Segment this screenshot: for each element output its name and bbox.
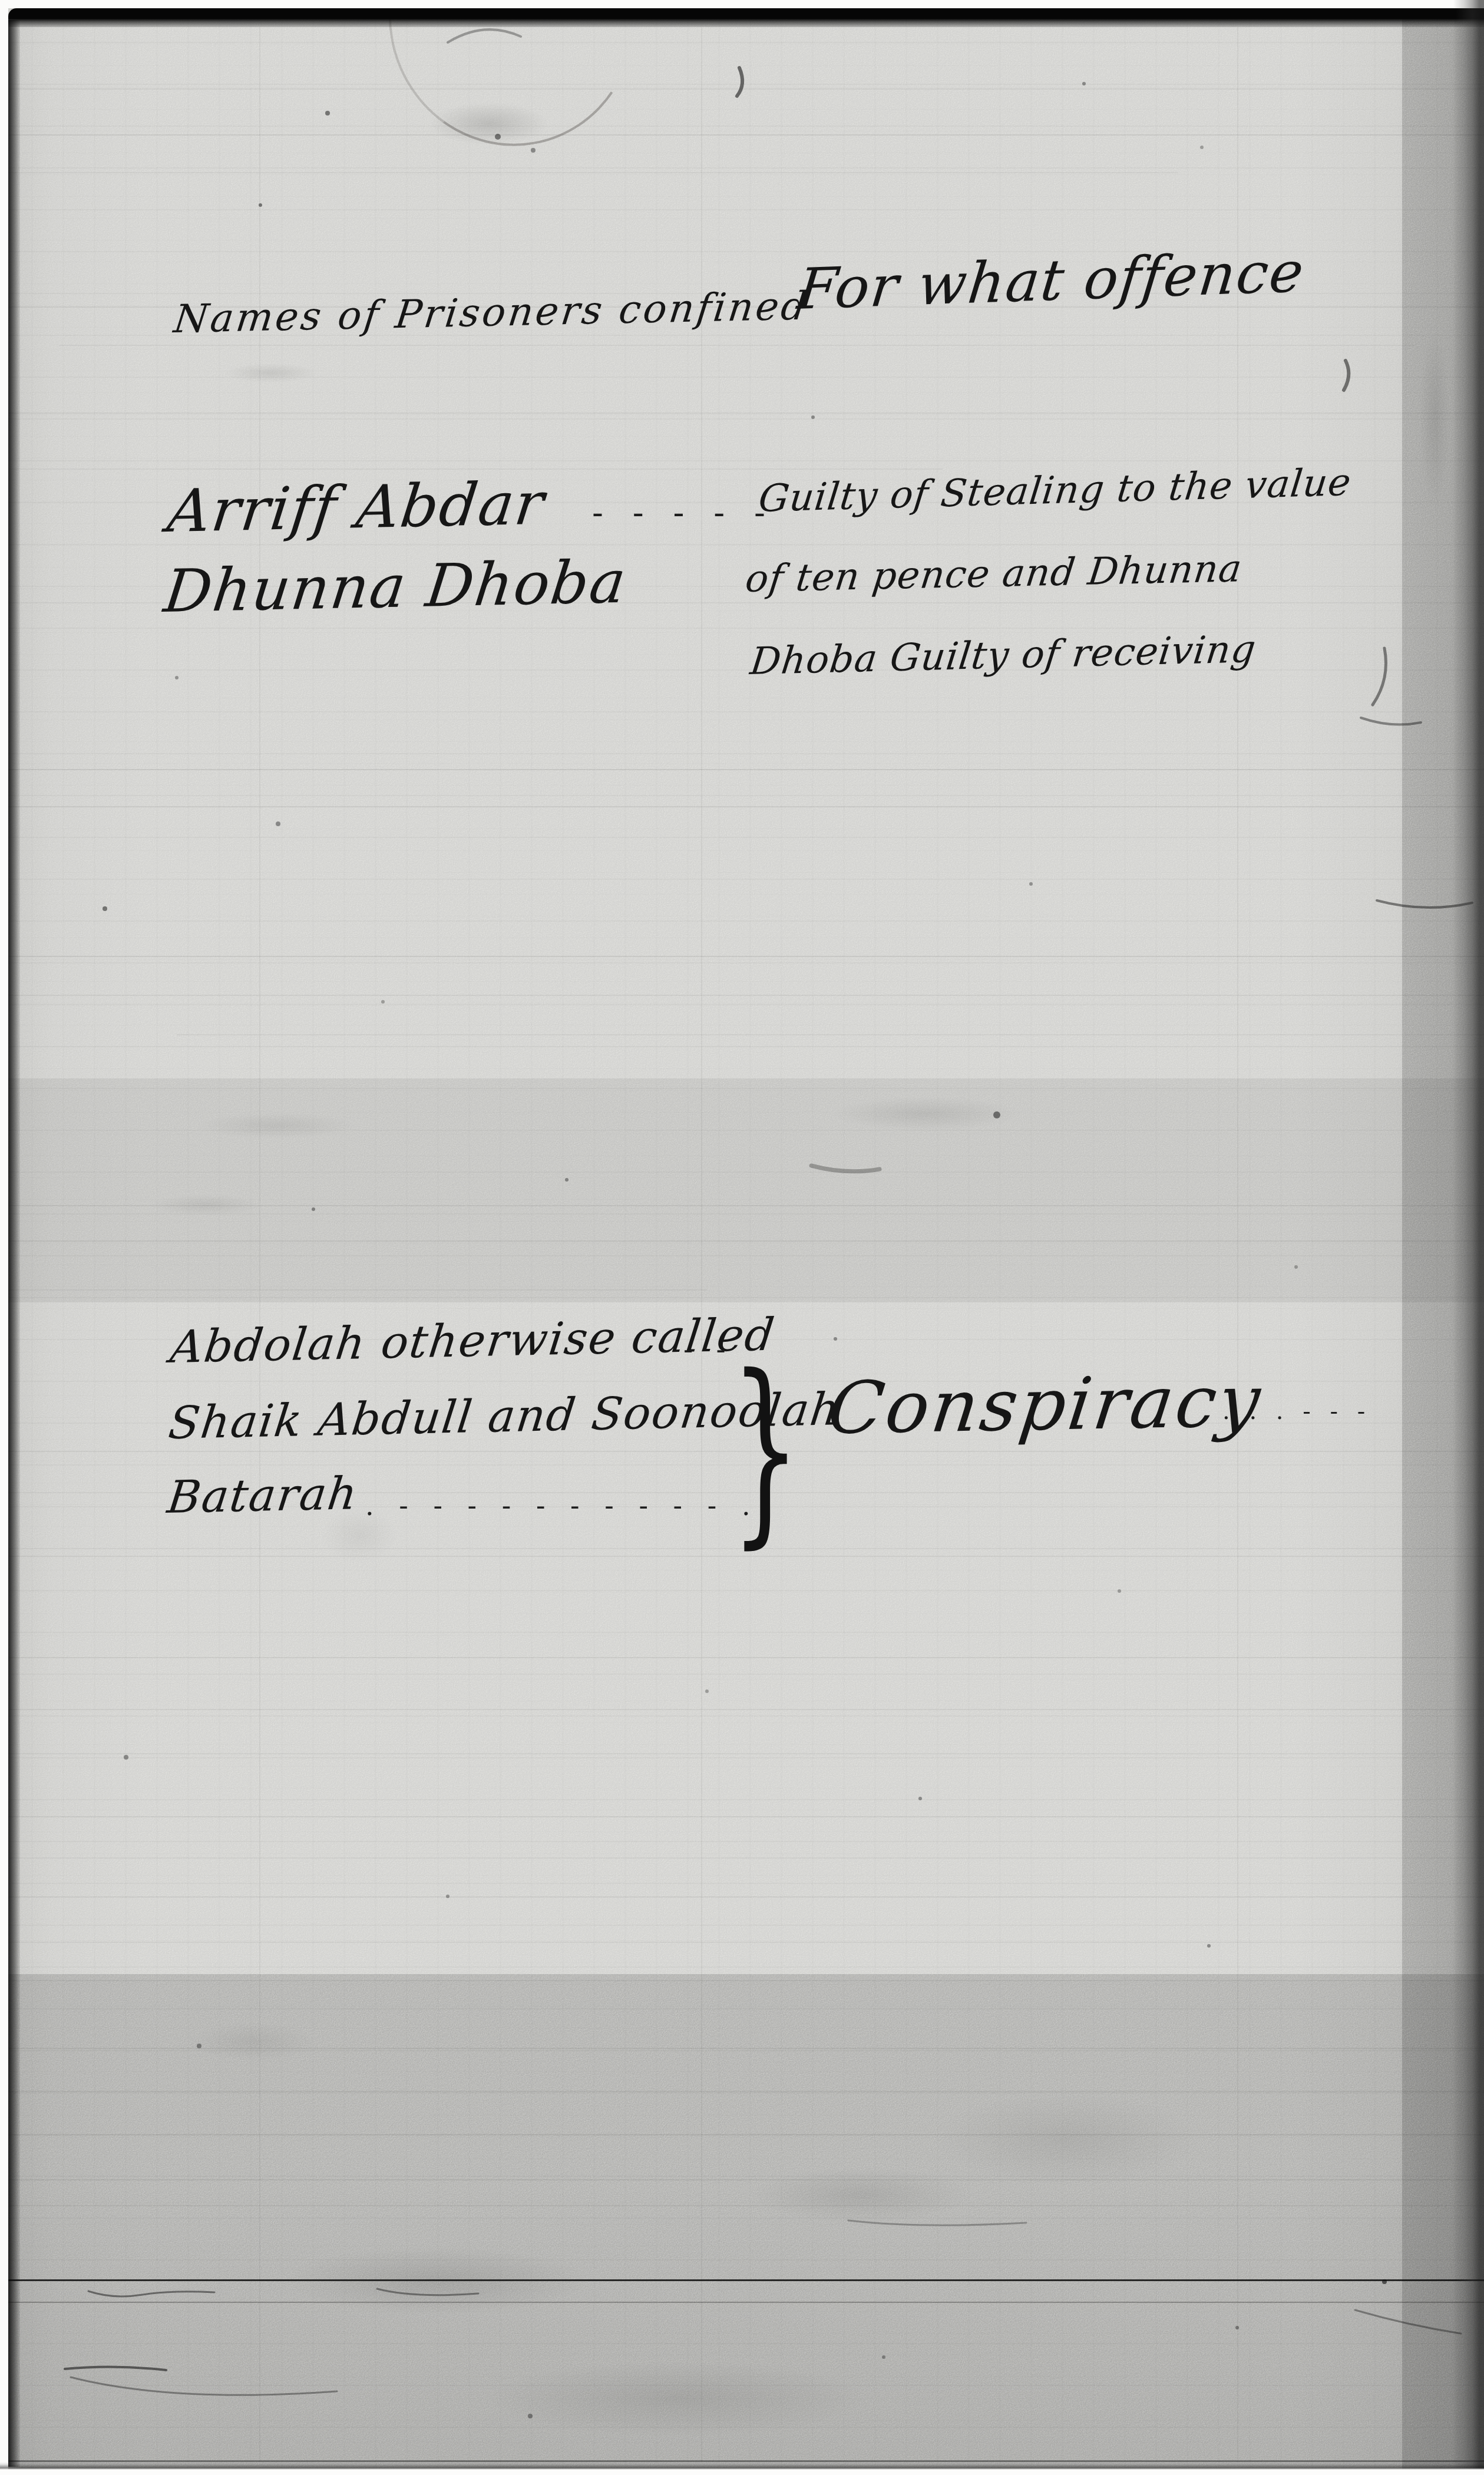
- scan-streak: [0, 1816, 1484, 1817]
- offence-text-line: Conspiracy: [824, 1361, 1267, 1448]
- scan-streak: [0, 1657, 1484, 1658]
- grouping-brace: }: [731, 1349, 801, 1550]
- scan-streak: [59, 345, 1414, 346]
- smudge: [884, 2074, 1249, 2204]
- smudge: [165, 1108, 389, 1143]
- scratch-line: [0, 2279, 1484, 2281]
- scan-margin-top: [0, 0, 1484, 8]
- scan-streak: [0, 2205, 1484, 2206]
- scanned-register-page: Names of Prisoners confined For what off…: [0, 0, 1484, 2475]
- scan-border-top: [8, 8, 1484, 27]
- smudge: [412, 2345, 943, 2451]
- scan-streak: [0, 1942, 1484, 1943]
- scan-streak: [0, 2048, 1484, 2049]
- smudge: [795, 1090, 1055, 1137]
- smudge: [224, 2233, 648, 2328]
- scan-streak: [0, 134, 1484, 136]
- scan-streak: [0, 468, 943, 470]
- ruled-dashes: . . . - - -: [1222, 1398, 1371, 1425]
- prisoner-name-line: Dhunna Dhoba: [161, 549, 630, 625]
- scan-streak: [0, 1896, 1484, 1897]
- smudge: [206, 359, 336, 387]
- scan-border-right: [1453, 0, 1484, 2475]
- prisoner-name-line: Arriff Abdar: [164, 471, 548, 544]
- scan-streak: [0, 1709, 1484, 1710]
- ruled-dashes: - -: [683, 1333, 733, 1366]
- noise-marks: [0, 0, 1484, 2475]
- scan-streak: [0, 769, 1484, 770]
- scan-border-left: [8, 20, 20, 2467]
- smudge: [707, 2157, 1013, 2233]
- scan-streak: [0, 2091, 1484, 2092]
- scan-streak: [0, 88, 1484, 90]
- scan-streak: [0, 806, 1484, 807]
- scan-streak: [0, 1753, 1484, 1754]
- scan-streak: [177, 1034, 1484, 1035]
- scan-streak: [0, 172, 1178, 173]
- scan-streak: [0, 1980, 1484, 1981]
- scan-streak: [0, 2179, 1484, 2180]
- scan-streak: [0, 995, 1484, 996]
- scan-streak: [0, 412, 1484, 414]
- smudge: [130, 1190, 283, 1220]
- smudge: [406, 94, 571, 153]
- ruled-dashes: - - - - -: [592, 494, 775, 532]
- scan-streak-vertical: [259, 27, 260, 2462]
- scan-streak: [0, 1205, 1484, 1206]
- scan-streak: [0, 2134, 1484, 2136]
- smudge: [165, 2015, 342, 2068]
- smudge: [1414, 295, 1455, 542]
- scan-border-bottom: [0, 2462, 1484, 2475]
- scan-streak: [0, 1857, 1484, 1859]
- scan-margin-left: [0, 0, 8, 2475]
- column-header-offence: For what offence: [795, 240, 1308, 321]
- offence-text-line: Guilty of Stealing to the value: [756, 462, 1353, 521]
- prisoner-name-line: Batarah: [165, 1468, 361, 1522]
- offence-text-line: of ten pence and Dhunna: [743, 548, 1244, 600]
- scan-streak: [0, 1289, 707, 1291]
- scan-streak: [0, 956, 1484, 957]
- scan-streak-vertical: [1237, 27, 1238, 2462]
- ruled-dashes: . - - - - - - - - - - .: [365, 1490, 759, 1522]
- offence-text-line: Dhoba Guilty of receiving: [748, 629, 1258, 684]
- scan-streak-vertical: [701, 27, 702, 2462]
- scratch-line: [0, 2302, 1484, 2303]
- paper-grain: [0, 0, 1484, 2475]
- scan-streak: [0, 1240, 1484, 1242]
- column-header-names: Names of Prisoners confined: [171, 285, 811, 341]
